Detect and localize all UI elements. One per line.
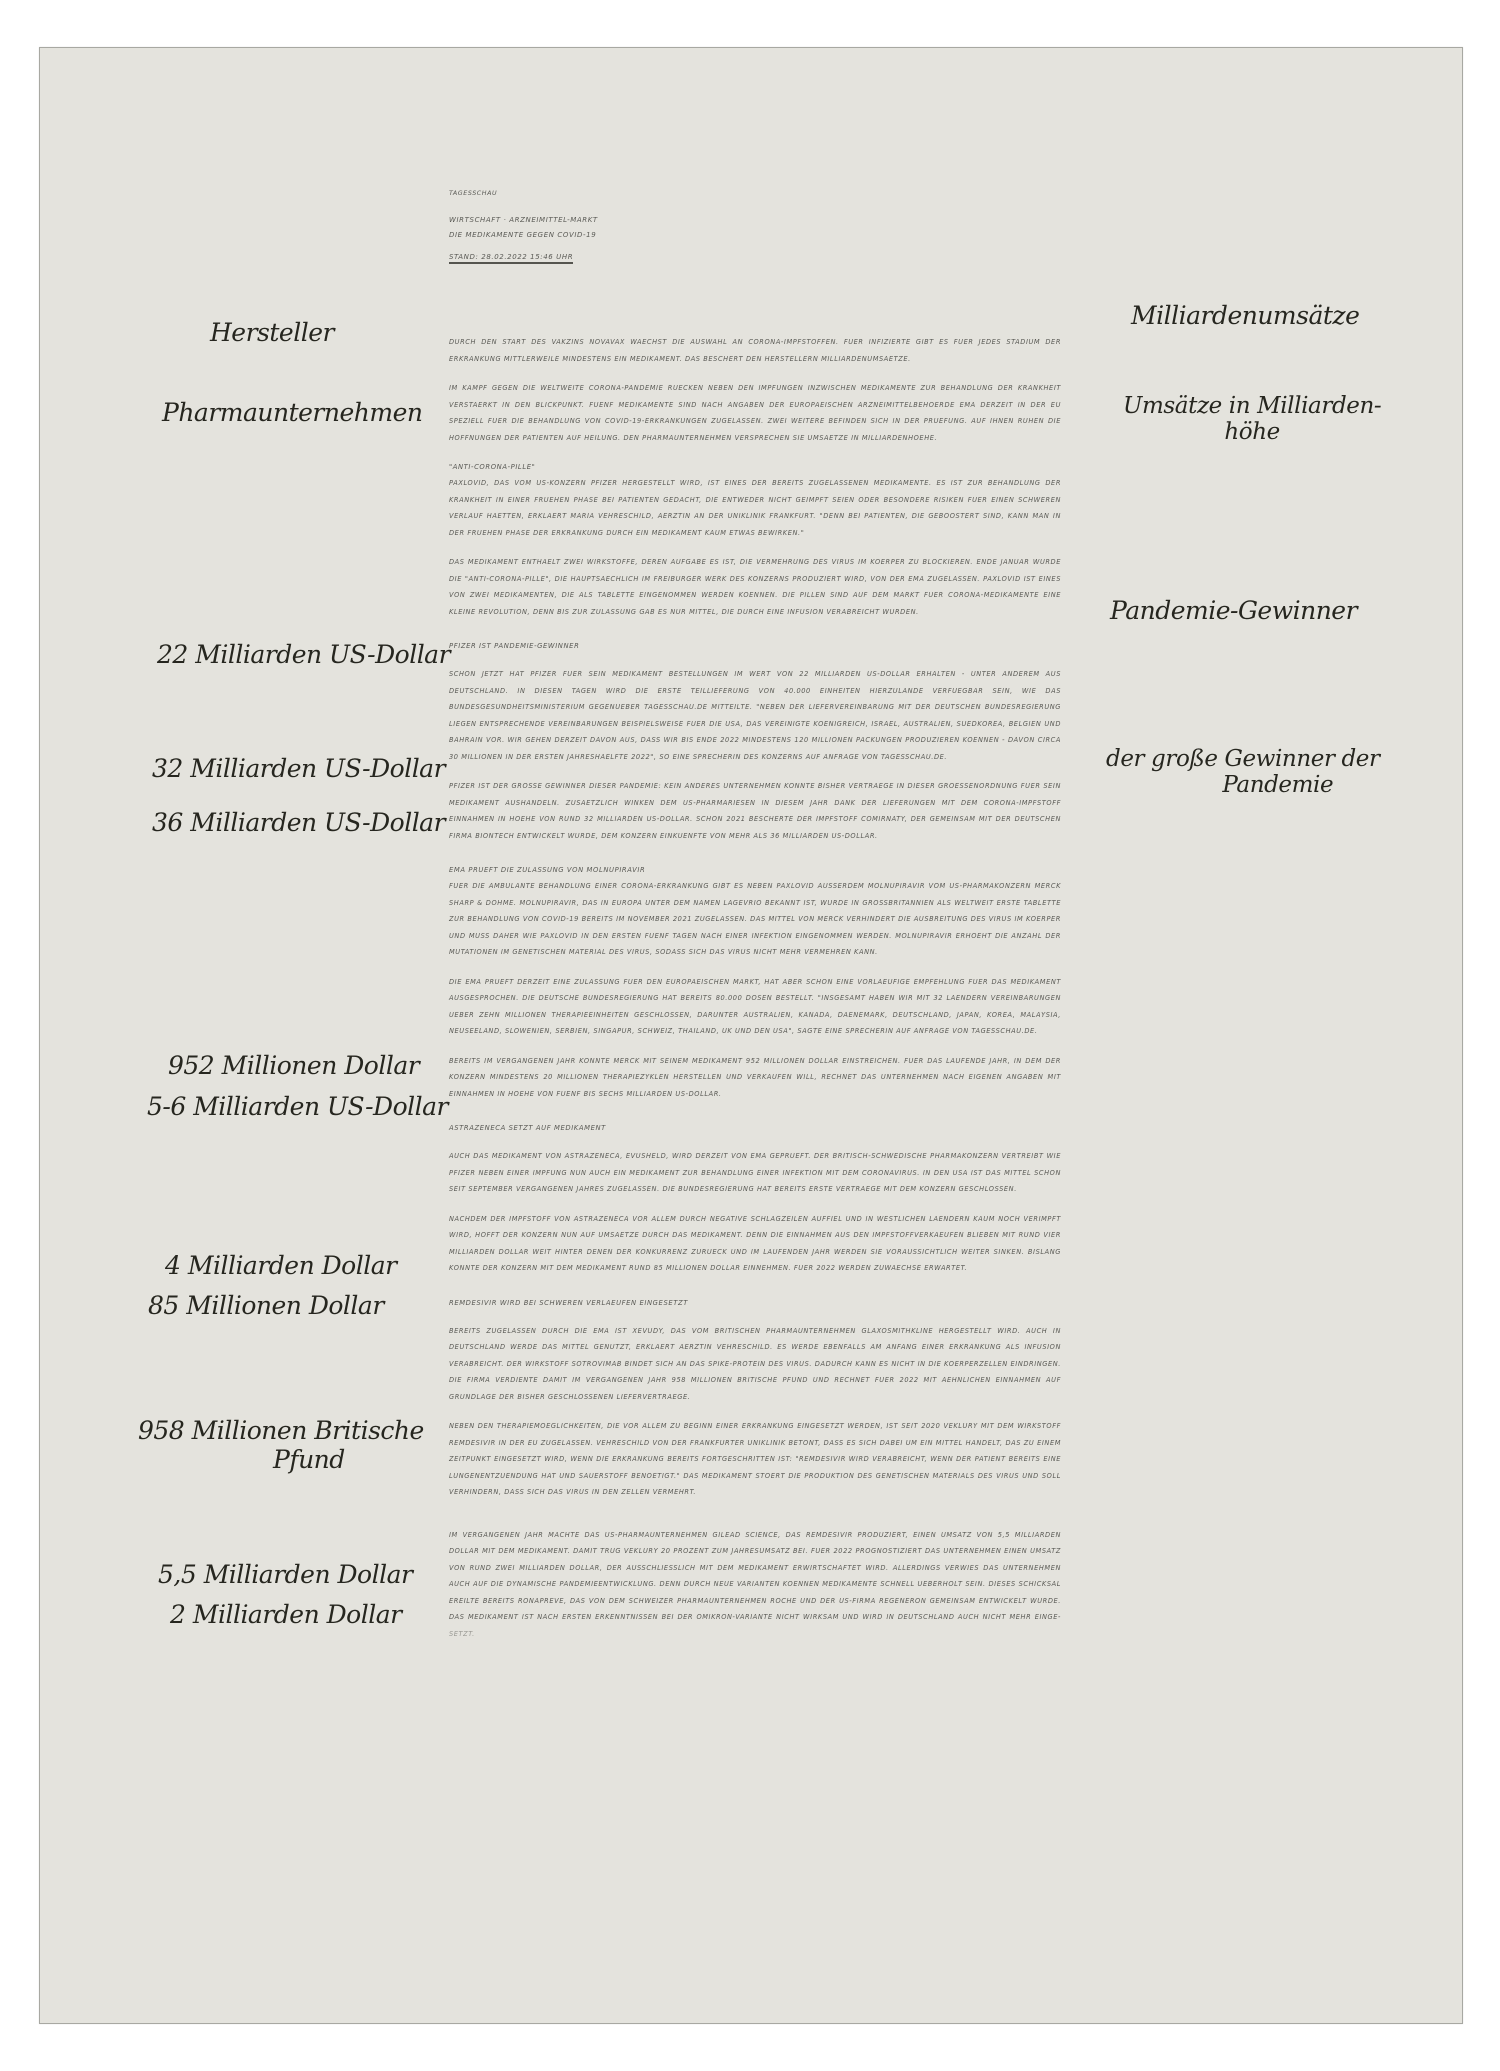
paper-sheet: TAGESSCHAU WIRTSCHAFT · ARZNEIMITTEL-MAR…: [39, 47, 1463, 2024]
paragraph: DAS MEDIKAMENT ENTHAELT ZWEI WIRKSTOFFE,…: [449, 554, 1061, 620]
note-grosse-gewinner-line1: der große Gewinner der: [1106, 746, 1380, 772]
timestamp: STAND: 28.02.2022 15:46 UHR: [449, 253, 573, 264]
paragraph: BEREITS ZUGELASSEN DURCH DIE EMA IST XEV…: [449, 1323, 1061, 1406]
paragraph: DIE EMA PRUEFT DERZEIT EINE ZULASSUNG FU…: [449, 974, 1061, 1040]
subheading-anti-corona-pille: "ANTI-CORONA-PILLE": [449, 459, 1061, 475]
note-astrazeneca-vaccine: 4 Milliarden Dollar: [165, 1251, 397, 1280]
article-title: DIE MEDIKAMENTE GEGEN COVID-19: [449, 228, 1061, 243]
paragraph: IM KAMPF GEGEN DIE WELTWEITE CORONA-PAND…: [449, 380, 1061, 446]
faded-paragraph-tail: SETZT.: [449, 1630, 475, 1638]
paragraph: PAXLOVID, DAS VOM US-KONZERN PFIZER HERG…: [449, 475, 1061, 541]
article-body: DURCH DEN START DES VAKZINS NOVAVAX WAEC…: [449, 334, 1061, 1642]
paragraph: PFIZER IST DER GROSSE GEWINNER DIESER PA…: [449, 778, 1061, 844]
note-grosse-gewinner: der große Gewinner der Pandemie: [1106, 746, 1380, 798]
note-hersteller: Hersteller: [210, 318, 334, 347]
note-gilead-last-year: 5,5 Milliarden Dollar: [158, 1560, 412, 1589]
subheading-astrazeneca: ASTRAZENECA SETZT AUF MEDIKAMENT: [449, 1120, 1061, 1136]
paragraph: NACHDEM DER IMPFSTOFF VON ASTRAZENECA VO…: [449, 1211, 1061, 1277]
paragraph: FUER DIE AMBULANTE BEHANDLUNG EINER CORO…: [449, 878, 1061, 961]
paragraph: SCHON JETZT HAT PFIZER FUER SEIN MEDIKAM…: [449, 666, 1061, 765]
subheading-molnupiravir: EMA PRUEFT DIE ZULASSUNG VON MOLNUPIRAVI…: [449, 862, 1061, 878]
note-merck-this-year: 5-6 Milliarden US-Dollar: [147, 1092, 448, 1121]
intro-paragraph: DURCH DEN START DES VAKZINS NOVAVAX WAEC…: [449, 334, 1061, 367]
paragraph: AUCH DAS MEDIKAMENT VON ASTRAZENECA, EVU…: [449, 1148, 1061, 1198]
note-pfizer-vaccine-2022: 32 Milliarden US-Dollar: [152, 754, 445, 783]
section-breadcrumb: WIRTSCHAFT · ARZNEIMITTEL-MARKT: [449, 213, 1061, 228]
note-gilead-2022: 2 Milliarden Dollar: [170, 1600, 402, 1629]
note-astrazeneca-drug: 85 Millionen Dollar: [148, 1291, 384, 1320]
paragraph: NEBEN DEN THERAPIEMOEGLICHKEITEN, DIE VO…: [449, 1418, 1061, 1501]
paragraph-text: IM VERGANGENEN JAHR MACHTE DAS US-PHARMA…: [449, 1531, 1061, 1622]
subheading-remdesivir: REMDESIVIR WIRD BEI SCHWEREN VERLAEUFEN …: [449, 1295, 1061, 1311]
source-label: TAGESSCHAU: [449, 186, 1061, 201]
article-transcription: TAGESSCHAU WIRTSCHAFT · ARZNEIMITTEL-MAR…: [449, 186, 1061, 1655]
paragraph: IM VERGANGENEN JAHR MACHTE DAS US-PHARMA…: [449, 1527, 1061, 1643]
note-umsaetze-milliardenhoehe: Umsätze in Milliarden- höhe: [1123, 393, 1381, 445]
note-gsk-line1: 958 Millionen Britische: [138, 1416, 424, 1445]
note-pharmaunternehmen: Pharmaunternehmen: [162, 398, 422, 427]
note-gsk-line2: Pfund: [138, 1445, 424, 1474]
note-grosse-gewinner-line2: Pandemie: [1106, 772, 1380, 798]
note-umsaetze-line1: Umsätze in Milliarden-: [1123, 393, 1381, 419]
paragraph: BEREITS IM VERGANGENEN JAHR KONNTE MERCK…: [449, 1053, 1061, 1103]
note-milliardenumsaetze: Milliardenumsätze: [1131, 301, 1359, 330]
note-merck-last-year: 952 Millionen Dollar: [168, 1051, 419, 1080]
note-gsk-revenue: 958 Millionen Britische Pfund: [138, 1416, 424, 1474]
note-pfizer-vaccine-2021: 36 Milliarden US-Dollar: [152, 808, 445, 837]
note-pandemie-gewinner: Pandemie-Gewinner: [1110, 596, 1357, 625]
subheading-pfizer: PFIZER IST PANDEMIE-GEWINNER: [449, 638, 1061, 654]
note-umsaetze-line2: höhe: [1123, 419, 1381, 445]
note-pfizer-orders: 22 Milliarden US-Dollar: [157, 640, 450, 669]
